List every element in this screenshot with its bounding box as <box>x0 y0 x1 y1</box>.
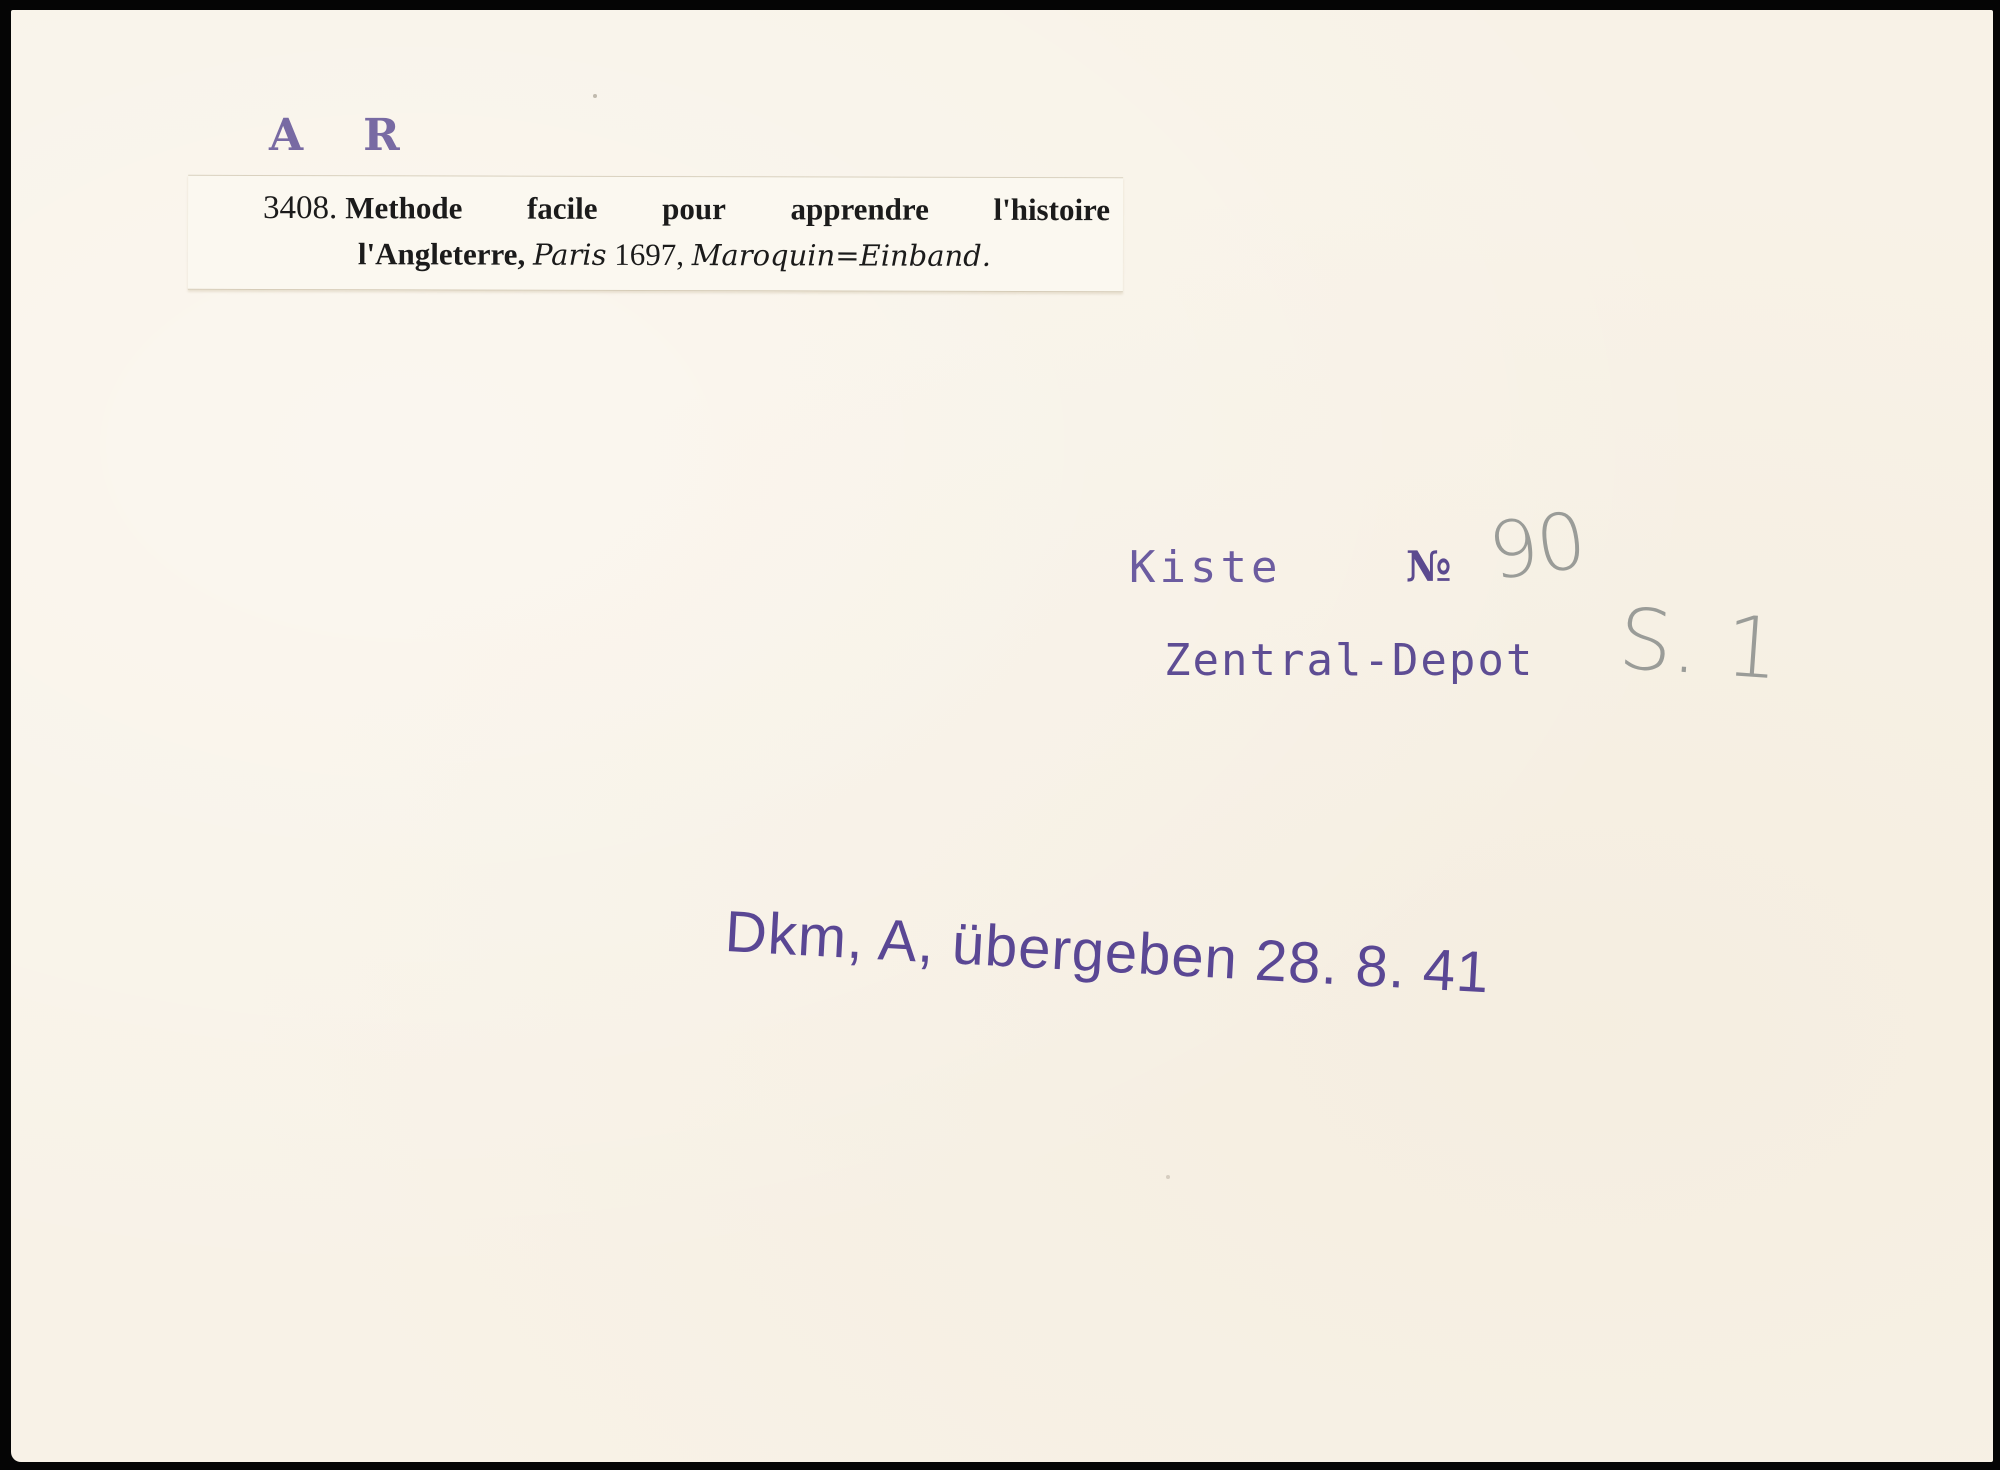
number-sign-stamp: № <box>1406 542 1452 591</box>
title-word: apprendre <box>790 191 928 228</box>
title-word: pour <box>662 191 726 228</box>
publication-year: 1697, <box>614 237 684 272</box>
catalog-number: 3408. <box>263 190 337 226</box>
handwritten-kiste-number: 90 <box>1483 496 1590 598</box>
binding-description: Maroquin=Einband. <box>692 238 991 273</box>
transfer-date-stamp: Dkm, A, übergeben 28. 8. 41 <box>723 898 1491 1006</box>
paper-speck <box>593 94 597 98</box>
title-word: Methode <box>345 190 462 225</box>
title-end: l'Angleterre, <box>358 236 525 271</box>
initial-a: A <box>269 110 303 161</box>
zentral-depot-stamp: Zentral-Depot <box>1164 635 1534 686</box>
handwritten-shelf-mark: S. 1 <box>1616 590 1783 699</box>
publication-place: Paris <box>533 238 607 272</box>
initials-stamp: AR <box>269 110 400 161</box>
label-line-2: l'Angleterre, Paris 1697, Maroquin=Einba… <box>358 236 991 274</box>
paper-speck <box>1166 1175 1170 1179</box>
kiste-stamp: Kiste <box>1129 542 1281 593</box>
archival-card: AR 3408.Methode facile pour apprendre l'… <box>11 10 1993 1462</box>
title-word: facile <box>527 191 598 228</box>
title-word: l'histoire <box>993 192 1110 229</box>
initial-r: R <box>363 110 400 161</box>
catalog-label-slip: 3408.Methode facile pour apprendre l'his… <box>188 175 1123 292</box>
label-line-1: 3408.Methode facile pour apprendre l'his… <box>263 190 1110 229</box>
